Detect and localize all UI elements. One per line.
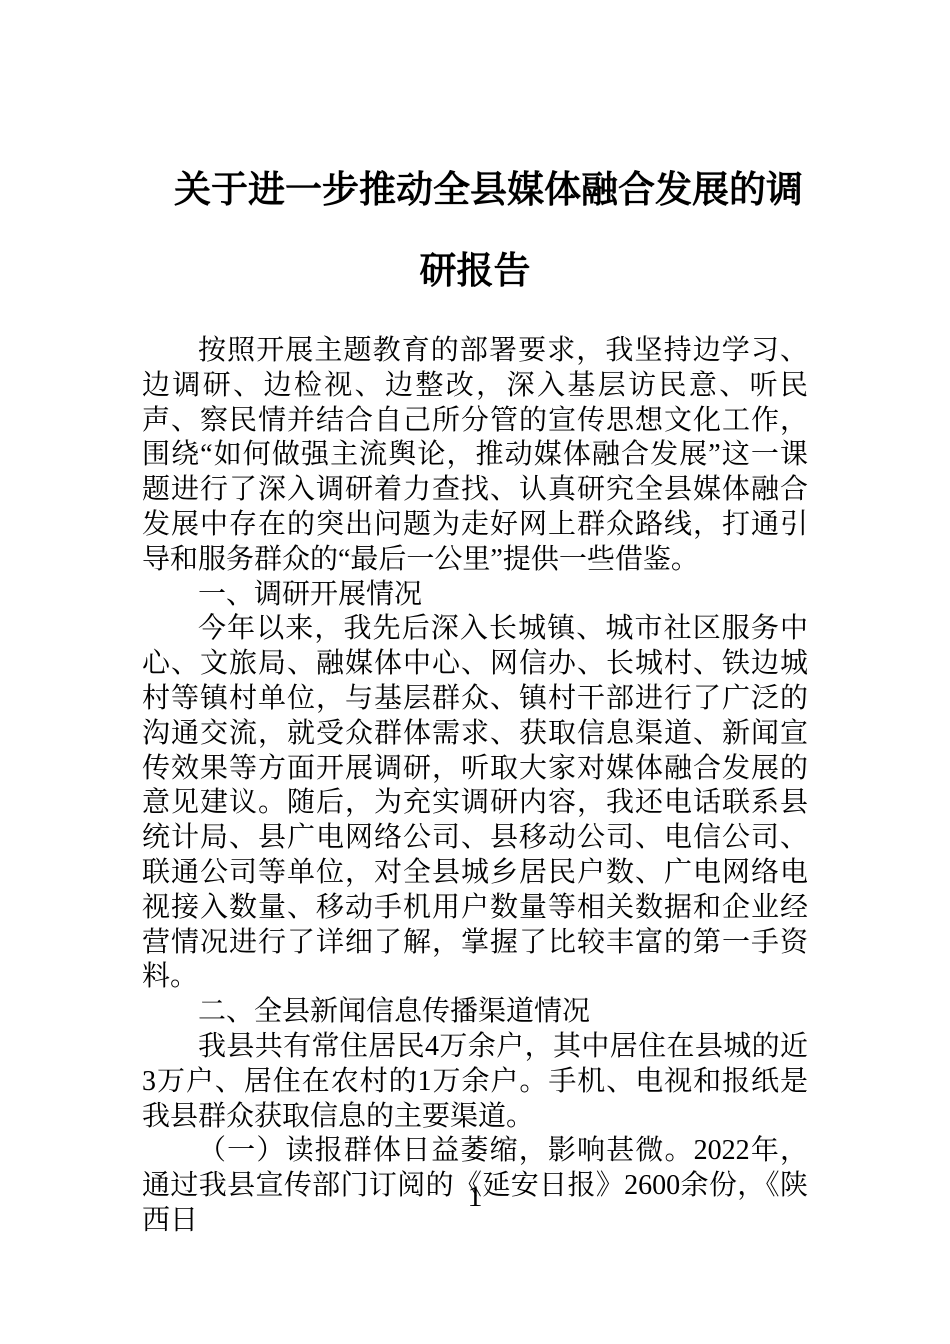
section-heading-1: 一、调研开展情况 <box>142 578 808 613</box>
document-body: 按照开展主题教育的部署要求，我坚持边学习、边调研、边检视、边整改，深入基层访民意… <box>142 334 808 1239</box>
document-page: 关于进一步推动全县媒体融合发展的调研报告 按照开展主题教育的部署要求，我坚持边学… <box>0 0 950 1344</box>
page-title: 关于进一步推动全县媒体融合发展的调研报告 <box>142 150 808 312</box>
paragraph-research-process: 今年以来，我先后深入长城镇、城市社区服务中心、文旅局、融媒体中心、网信办、长城村… <box>142 612 808 995</box>
page-number: 1 <box>142 1181 808 1213</box>
section-heading-2: 二、全县新闻信息传播渠道情况 <box>142 995 808 1030</box>
paragraph-intro: 按照开展主题教育的部署要求，我坚持边学习、边调研、边检视、边整改，深入基层访民意… <box>142 334 808 578</box>
paragraph-channels-overview: 我县共有常住居民4万余户，其中居住在县城的近3万户、居住在农村的1万余户。手机、… <box>142 1030 808 1134</box>
